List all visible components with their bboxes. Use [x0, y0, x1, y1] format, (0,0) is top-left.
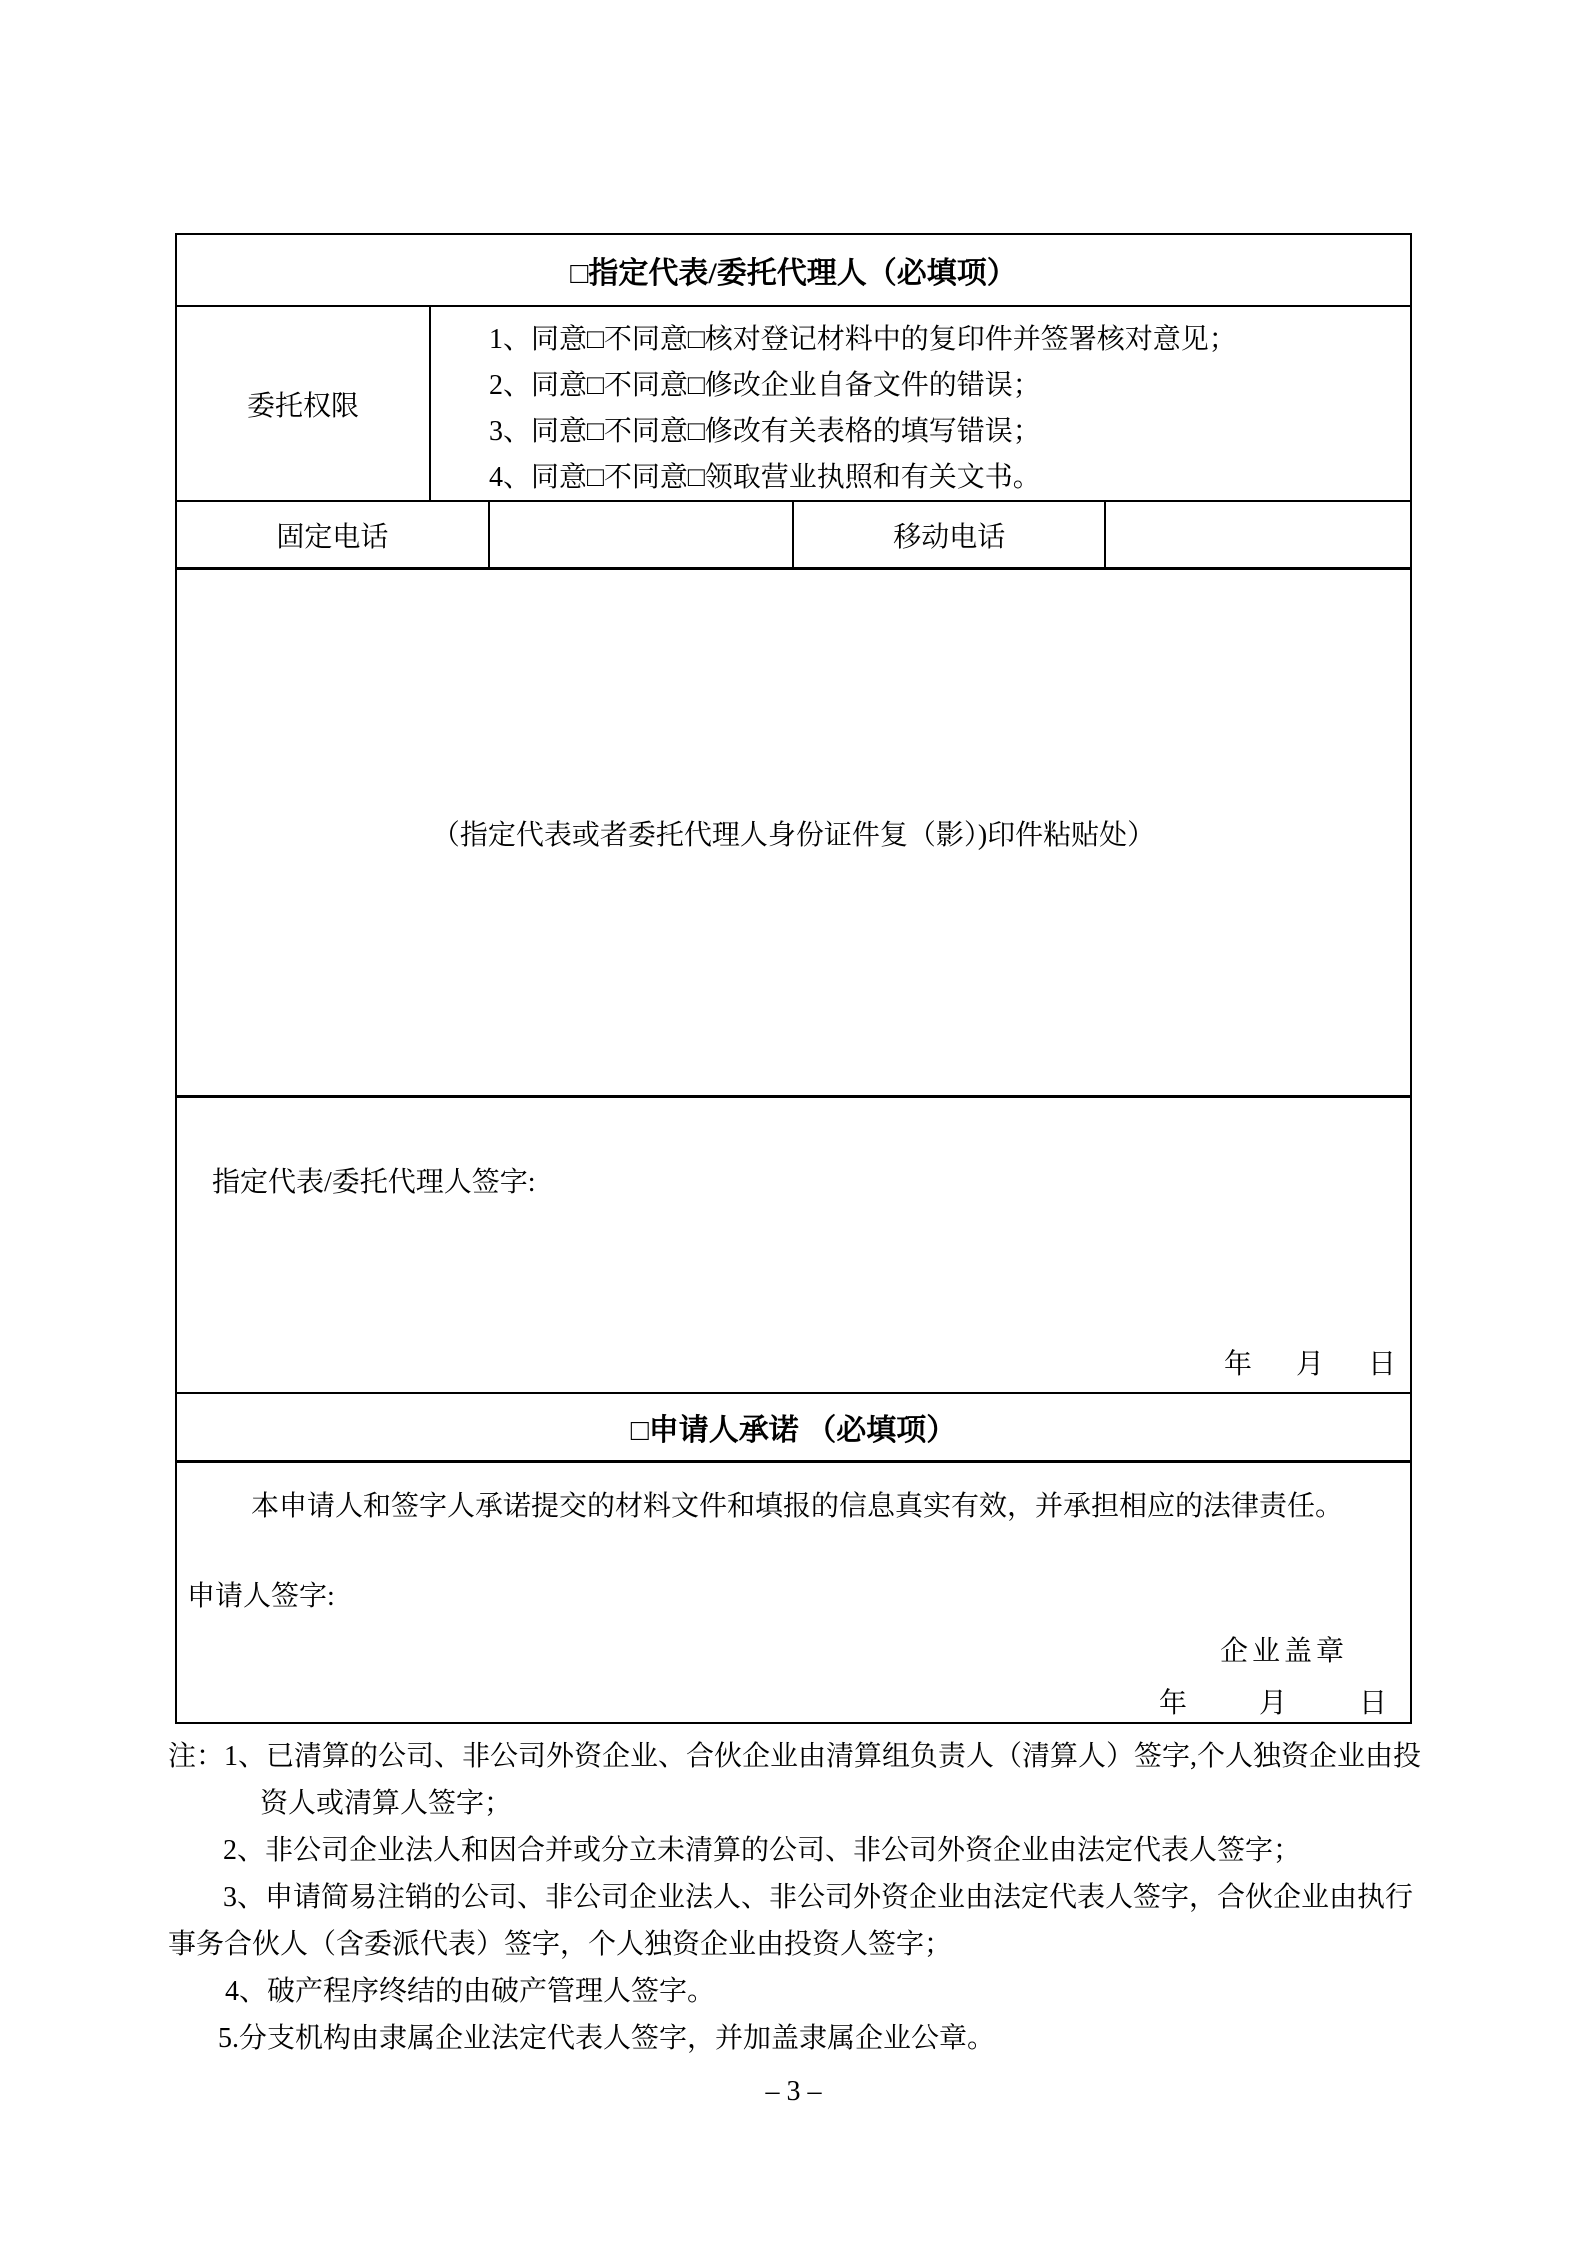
day-label: 日 [1359, 1681, 1387, 1721]
year-label: 年 [1159, 1681, 1187, 1721]
footnote-line: 事务合伙人（含委派代表）签字，个人独资企业由投资人签字； [168, 1921, 1458, 1968]
mobile-phone-value-cell[interactable] [1104, 502, 1410, 567]
day-label: 日 [1368, 1342, 1396, 1382]
authority-label-text: 委托权限 [247, 384, 359, 424]
authority-options-cell: 1、同意□不同意□核对登记材料中的复印件并签署核对意见；2、同意□不同意□修改企… [431, 307, 1410, 500]
page-number: – 3 – [0, 2076, 1587, 2108]
phone-row: 固定电话 移动电话 [177, 500, 1410, 567]
footnote-line: 2、非公司企业法人和因合并或分立未清算的公司、非公司外资企业由法定代表人签字； [168, 1827, 1458, 1874]
footnote-line: 注：1、已清算的公司、非公司外资企业、合伙企业由清算组负责人（清算人）签字,个人… [168, 1733, 1458, 1780]
fixed-phone-label-cell: 固定电话 [177, 502, 488, 567]
commitment-body-row: 本申请人和签字人承诺提交的材料文件和填报的信息真实有效，并承担相应的法律责任。 … [177, 1460, 1410, 1722]
id-paste-area[interactable]: （指定代表或者委托代理人身份证件复（影）)印件粘贴处） [177, 567, 1410, 1095]
agent-signature-label: 指定代表/委托代理人签字: [212, 1160, 536, 1200]
month-label: 月 [1296, 1342, 1324, 1382]
footnote-line: 资人或清算人签字； [168, 1780, 1458, 1827]
authority-option-line[interactable]: 3、同意□不同意□修改有关表格的填写错误； [489, 409, 1400, 455]
footnote-line: 5.分支机构由隶属企业法定代表人签字，并加盖隶属企业公章。 [168, 2015, 1458, 2062]
agent-section-title-text: □指定代表/委托代理人（必填项） [570, 248, 1016, 292]
form-page: □指定代表/委托代理人（必填项） 委托权限 1、同意□不同意□核对登记材料中的复… [0, 0, 1587, 2245]
fixed-phone-value-cell[interactable] [488, 502, 793, 567]
footnote-line: 4、破产程序终结的由破产管理人签字。 [168, 1968, 1458, 2015]
authority-option-line[interactable]: 2、同意□不同意□修改企业自备文件的错误； [489, 363, 1400, 409]
authority-option-line[interactable]: 1、同意□不同意□核对登记材料中的复印件并签署核对意见； [489, 317, 1400, 363]
footnotes: 注：1、已清算的公司、非公司外资企业、合伙企业由清算组负责人（清算人）签字,个人… [168, 1733, 1458, 2062]
year-label: 年 [1224, 1342, 1252, 1382]
agent-signature-row[interactable]: 指定代表/委托代理人签字: 年 月 日 [177, 1095, 1410, 1392]
applicant-signature-label[interactable]: 申请人签字: [187, 1574, 335, 1614]
authority-row: 委托权限 1、同意□不同意□核对登记材料中的复印件并签署核对意见；2、同意□不同… [177, 305, 1410, 500]
agent-signature-date: 年 月 日 [1224, 1342, 1396, 1382]
month-label: 月 [1259, 1681, 1287, 1721]
authority-label-cell: 委托权限 [177, 307, 431, 500]
company-seal-label: 企业盖章 [1220, 1629, 1348, 1669]
fixed-phone-label: 固定电话 [276, 515, 388, 555]
authority-option-line[interactable]: 4、同意□不同意□领取营业执照和有关文书。 [489, 455, 1400, 501]
mobile-phone-label-cell: 移动电话 [792, 502, 1104, 567]
commitment-date: 年 月 日 [1159, 1681, 1387, 1721]
section-title-agent: □指定代表/委托代理人（必填项） [177, 235, 1410, 305]
commitment-section-title-text: □申请人承诺 （必填项） [631, 1405, 957, 1449]
mobile-phone-label: 移动电话 [893, 515, 1005, 555]
agent-form-table: □指定代表/委托代理人（必填项） 委托权限 1、同意□不同意□核对登记材料中的复… [175, 233, 1412, 1724]
commitment-statement: 本申请人和签字人承诺提交的材料文件和填报的信息真实有效，并承担相应的法律责任。 [177, 1463, 1410, 1527]
footnote-line: 3、申请简易注销的公司、非公司企业法人、非公司外资企业由法定代表人签字，合伙企业… [168, 1874, 1458, 1921]
section-title-commitment: □申请人承诺 （必填项） [177, 1392, 1410, 1460]
id-paste-hint-text: （指定代表或者委托代理人身份证件复（影）)印件粘贴处） [432, 813, 1155, 853]
